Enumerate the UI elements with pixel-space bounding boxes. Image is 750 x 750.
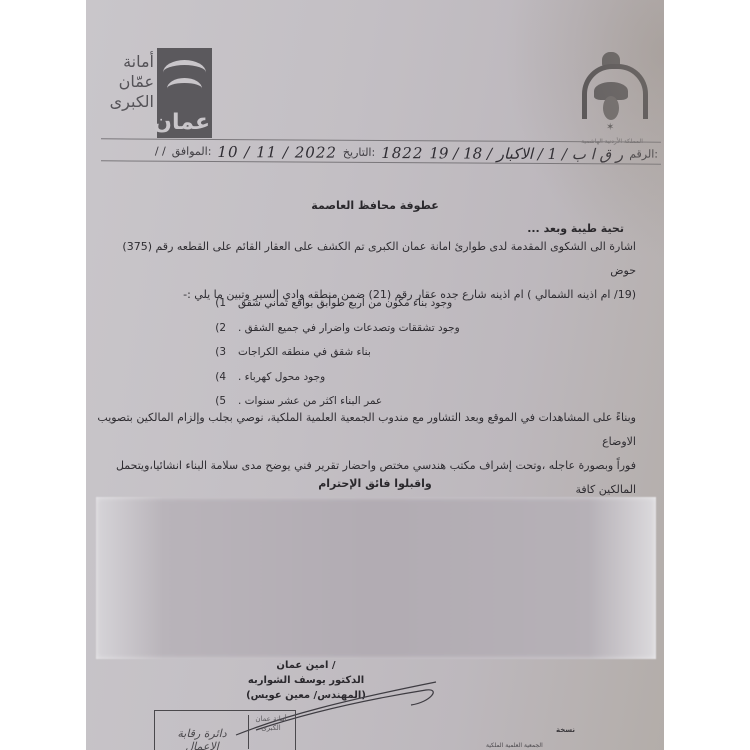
gam-line-1: أمانة — [102, 52, 154, 72]
list-text: وجود تشققات وتصدعات واضرار في جميع الشقق… — [238, 316, 460, 341]
date-label: التاريخ: — [343, 143, 375, 163]
list-number: 4) — [212, 365, 226, 390]
department-stamp: دائرة رقابة الاعمال أمانة عمان الكبرى — [154, 710, 296, 750]
ref-number-label: الرقم: — [629, 145, 658, 165]
gam-line-2: عمّان — [102, 72, 154, 92]
list-item: 1) وجود بناء مكون من اربع طوابق بواقع ثم… — [212, 291, 632, 316]
findings-list: 1) وجود بناء مكون من اربع طوابق بواقع ثم… — [212, 291, 632, 414]
ref-number-suffix: 1822 — [381, 143, 423, 163]
list-item: 3) بناء شقق في منطقه الكراجات — [212, 340, 632, 365]
list-text: وجود بناء مكون من اربع طوابق بواقع ثماني… — [238, 291, 452, 316]
stamp-logo-icon: أمانة عمان الكبرى — [248, 715, 293, 749]
addressee: عطوفة محافظ العاصمة — [86, 199, 664, 212]
letter-page: أمانة عمّان الكبرى عمان ✶ المملكة الأردن… — [86, 0, 664, 750]
recommendation-line-1: وبناءً على المشاهدات في الموقع وبعد التش… — [96, 406, 636, 454]
gam-emblem-word: عمان — [160, 110, 210, 136]
intro-line-1: اشارة الى الشكوى المقدمة لدى طوارئ امانة… — [96, 235, 636, 283]
list-number: 1) — [212, 291, 226, 316]
stamp-text: دائرة رقابة الاعمال — [159, 727, 245, 750]
star-icon: ✶ — [606, 122, 614, 133]
closing-salutation: واقبلوا فائق الإحترام — [86, 477, 664, 490]
list-text: بناء شقق في منطقه الكراجات — [238, 340, 371, 365]
redacted-region — [96, 497, 656, 659]
gam-logo-text: أمانة عمّان الكبرى — [102, 52, 154, 112]
greeting: تحية طيبة وبعد ... — [527, 222, 624, 235]
corresponding-date-label: الموافق: — [172, 142, 212, 162]
list-item: 2) وجود تشققات وتصدعات واضرار في جميع ال… — [212, 316, 632, 341]
ref-number-value: ر ق ا ب / 1 / الاكبار / 18 / 19 — [429, 143, 623, 164]
signatory-title: / امين عمان — [226, 658, 386, 673]
date-value: 10 / 11 / 2022 — [217, 142, 337, 163]
copy-to-label: نسخة — [556, 726, 575, 734]
list-item: 4) وجود محول كهرباء . — [212, 365, 632, 390]
gam-line-3: الكبرى — [102, 92, 154, 112]
list-text: وجود محول كهرباء . — [238, 365, 325, 390]
copy-to-recipient: الجمعية العلمية الملكية — [486, 742, 543, 749]
list-number: 3) — [212, 340, 226, 365]
corresponding-date-value: / / — [155, 142, 166, 162]
globe-icon — [603, 96, 619, 120]
list-number: 2) — [212, 316, 226, 341]
gam-emblem-icon: عمان — [157, 48, 212, 138]
